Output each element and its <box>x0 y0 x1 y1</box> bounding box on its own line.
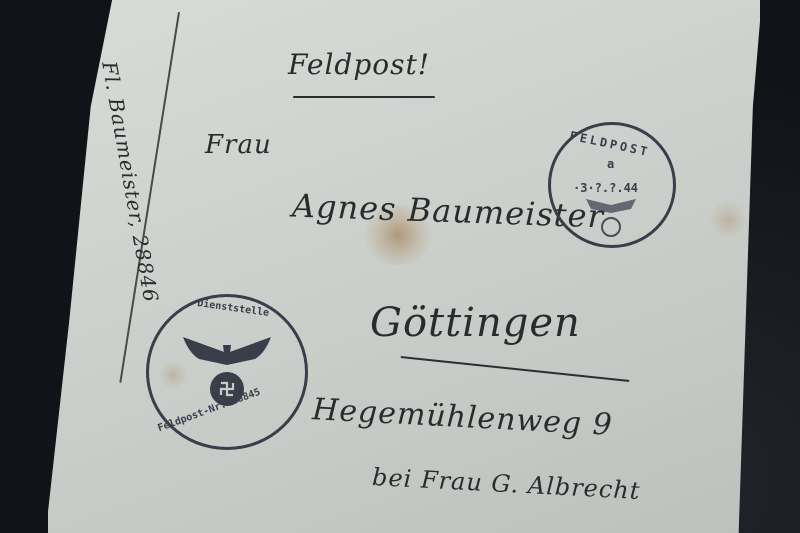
eagle-emblem-icon <box>581 195 641 240</box>
postmark: FELDPOST a ·3·?.?.44 <box>548 122 676 248</box>
postmark-top-text: FELDPOST <box>568 129 651 160</box>
heading-underline <box>293 96 435 98</box>
stain <box>708 200 748 240</box>
heading-feldpost: Feldpost! <box>288 48 430 81</box>
unit-stamp: Dienststelle Feldpost-Nr. 28845 <box>146 294 308 450</box>
recipient-salutation: Frau <box>205 130 272 160</box>
postmark-date: ·3·?.?.44 <box>573 181 638 195</box>
postmark-letter: a <box>607 157 614 171</box>
recipient-city: Göttingen <box>370 300 581 346</box>
unit-stamp-top-text: Dienststelle <box>197 298 270 319</box>
